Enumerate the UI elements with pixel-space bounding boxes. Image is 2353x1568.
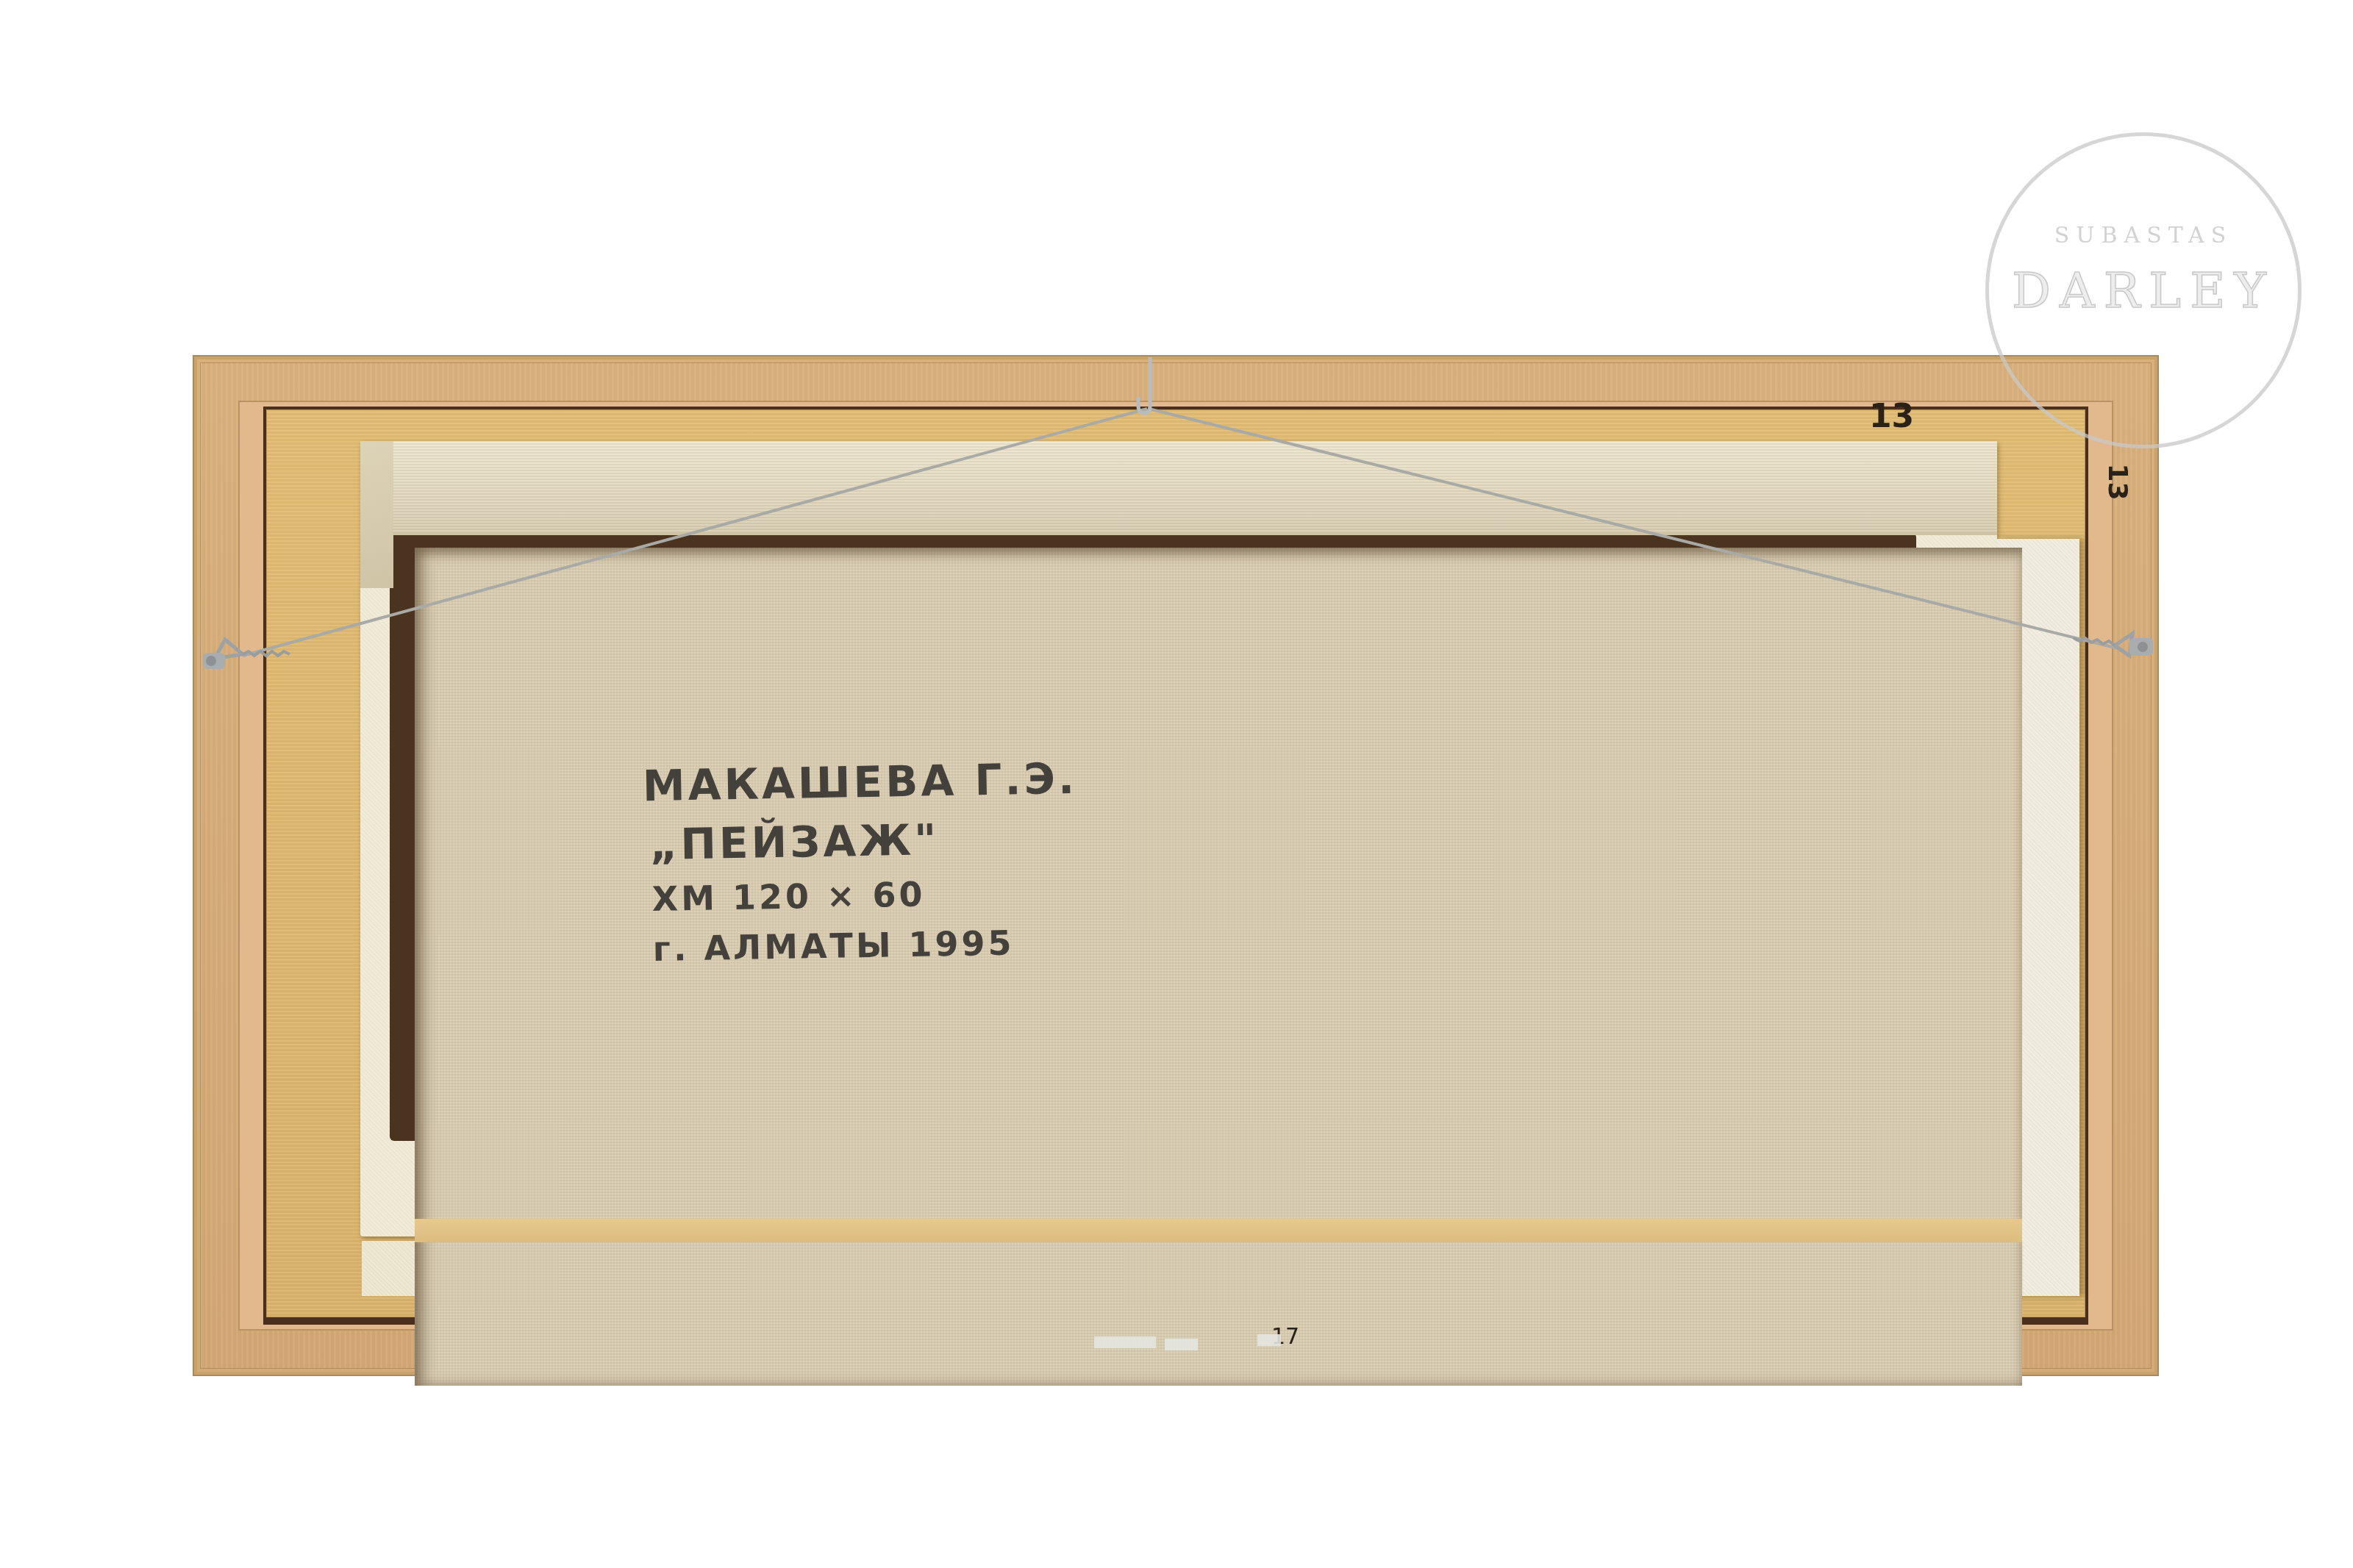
picture-frame: МАКАШЕВА Г.Э. „ПЕЙЗАЖ" ХМ 120 × 60 г. АЛ… [193, 355, 2159, 1376]
stretcher-bottom-bar [415, 1219, 2022, 1242]
handwritten-inscription: МАКАШЕВА Г.Э. „ПЕЙЗАЖ" ХМ 120 × 60 г. АЛ… [642, 757, 1080, 982]
canvas-top-fold [390, 441, 1997, 535]
label-remnant [1165, 1339, 1198, 1350]
canvas-corner-fold [360, 441, 393, 588]
place-year: г. АЛМАТЫ 1995 [645, 925, 1080, 966]
label-remnant [1257, 1334, 1281, 1346]
watermark-logo: SUBASTAS DARLEY [1985, 132, 2302, 448]
medium-dimensions: ХМ 120 × 60 [644, 875, 1079, 916]
watermark-title: DARLEY [1974, 262, 2313, 319]
artwork-title: „ПЕЙЗАЖ" [643, 816, 1079, 866]
label-remnant [1094, 1336, 1156, 1348]
artist-name: МАКАШЕВА Г.Э. [642, 757, 1077, 807]
watermark-subtitle: SUBASTAS [1989, 223, 2298, 248]
linen-back: МАКАШЕВА Г.Э. „ПЕЙЗАЖ" ХМ 120 × 60 г. АЛ… [415, 548, 2022, 1386]
stretcher-mark-top: 13 [1869, 398, 1914, 435]
stretcher-mark-right: 13 [2102, 463, 2132, 500]
